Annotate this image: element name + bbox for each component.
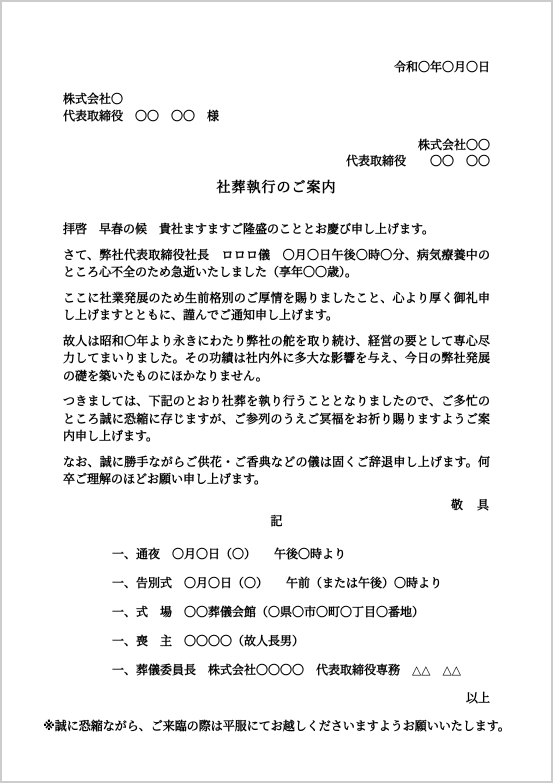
list-item-farewell-ceremony: 一、告別式 〇月〇日（〇） 午前（または午後）〇時より	[112, 575, 490, 591]
recipient-person: 代表取締役 〇〇 〇〇 様	[63, 108, 490, 125]
document-content: 令和〇年〇月〇日 株式会社〇 代表取締役 〇〇 〇〇 様 株式会社〇〇 代表取締…	[2, 2, 551, 734]
paragraph-decline-offerings: なお、誠に勝手ながらご供花・ご香典などの儀は固くご辞退申し上げます。何卒ご理解の…	[63, 454, 490, 489]
recipient-block: 株式会社〇 代表取締役 〇〇 〇〇 様	[63, 91, 490, 125]
letter-body: 拝啓 早春の候 貴社ますますご隆盛のこととお慶び申し上げます。 さて、弊社代表取…	[63, 221, 490, 489]
record-heading: 記	[63, 513, 490, 529]
paragraph-gratitude: ここに社業発展のため生前格別のご厚情を賜りましたこと、心より厚く御礼申し上げます…	[63, 290, 490, 325]
dress-code-note: ※誠に恐縮ながら、ご来臨の際は平服にてお越しくださいますようお願いいたします。	[43, 719, 510, 734]
record-list: 一、通夜 〇月〇日（〇） 午後〇時より 一、告別式 〇月〇日（〇） 午前（または…	[63, 546, 490, 678]
list-item-funeral-committee-chair: 一、葬儀委員長 株式会社〇〇〇〇 代表取締役専務 △△ △△	[112, 662, 490, 678]
sender-company: 株式会社〇〇	[63, 137, 490, 153]
list-item-wake: 一、通夜 〇月〇日（〇） 午後〇時より	[112, 546, 490, 562]
list-item-venue: 一、式 場 〇〇葬儀会館（〇県〇市〇町〇丁目〇番地）	[112, 604, 490, 620]
document-date: 令和〇年〇月〇日	[63, 60, 490, 75]
paragraph-greeting: 拝啓 早春の候 貴社ますますご隆盛のこととお慶び申し上げます。	[63, 221, 490, 239]
list-item-chief-mourner: 一、喪 主 〇〇〇〇（故人長男）	[112, 633, 490, 649]
sender-person: 代表取締役 〇〇 〇〇	[63, 153, 490, 169]
paragraph-deceased-achievements: 故人は昭和〇年より永きにわたり弊社の舵を取り続け、経営の要として専心尽力してまい…	[63, 333, 490, 386]
document-title: 社葬執行のご案内	[63, 177, 490, 197]
sender-block: 株式会社〇〇 代表取締役 〇〇 〇〇	[63, 137, 490, 169]
end-label-ijou: 以上	[63, 691, 490, 706]
paragraph-death-announcement: さて、弊社代表取締役社長 ロロロ儀 〇月〇日午後〇時〇分、病気療養中のところ心不…	[63, 247, 490, 282]
funeral-notice-document: 令和〇年〇月〇日 株式会社〇 代表取締役 〇〇 〇〇 様 株式会社〇〇 代表取締…	[0, 0, 553, 783]
paragraph-funeral-invitation: つきましては、下記のとおり社葬を執り行うこととなりましたので、ご多忙のところ誠に…	[63, 393, 490, 446]
closing-keigu: 敬 具	[63, 497, 490, 513]
recipient-company: 株式会社〇	[63, 91, 490, 108]
